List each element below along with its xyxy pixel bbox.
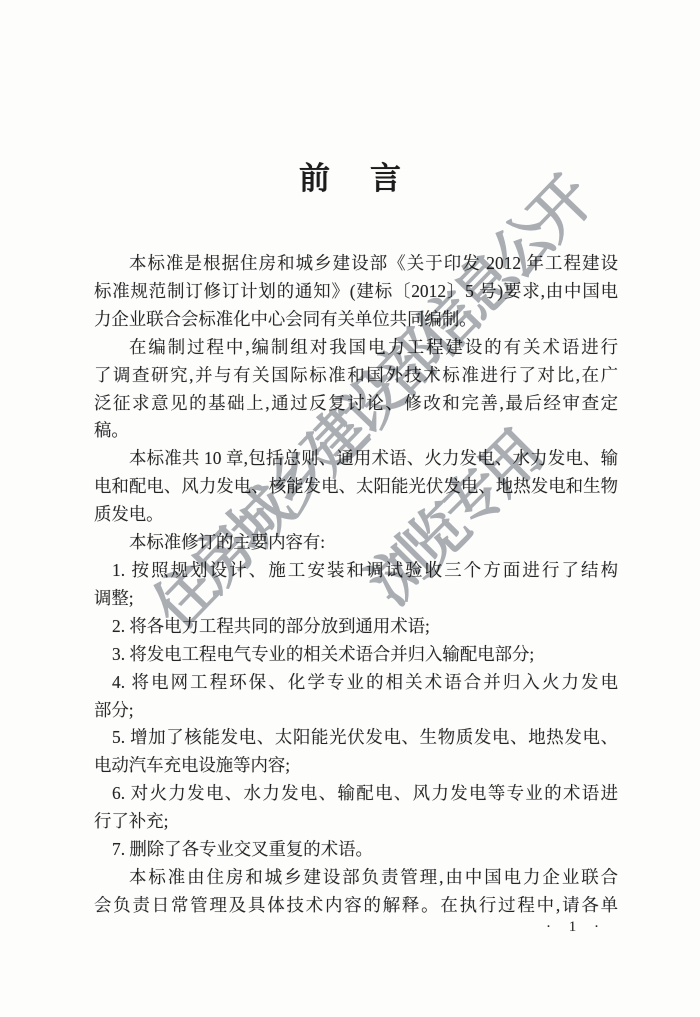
document-page: 前言 本标准是根据住房和城乡建设部《关于印发 2012 年工程建设标准规范制订修… bbox=[0, 0, 700, 1017]
text-line: 在编制过程中,编制组对我国电力工程建设的有关术语进行 bbox=[94, 334, 618, 362]
text-line: 了调查研究,并与有关国际标准和国外技术标准进行了对比,在广 bbox=[94, 362, 618, 390]
text-line: 5. 增加了核能发电、太阳能光伏发电、生物质发电、地热发电、 bbox=[94, 724, 618, 752]
text-line: 7. 删除了各专业交叉重复的术语。 bbox=[94, 836, 618, 864]
text-line: 稿。 bbox=[94, 417, 618, 445]
text-line: 本标准修订的主要内容有: bbox=[94, 529, 618, 557]
text-line: 泛征求意见的基础上,通过反复讨论、修改和完善,最后经审查定 bbox=[94, 390, 618, 418]
text-line: 标准规范制订修订计划的通知》(建标〔2012〕5 号)要求,由中国电 bbox=[94, 278, 618, 306]
text-line: 行了补充; bbox=[94, 808, 618, 836]
text-line: 6. 对火力发电、水力发电、输配电、风力发电等专业的术语进 bbox=[94, 780, 618, 808]
text-line: 2. 将各电力工程共同的部分放到通用术语; bbox=[94, 613, 618, 641]
text-line: 电和配电、风力发电、核能发电、太阳能光伏发电、地热发电和生物 bbox=[94, 473, 618, 501]
text-line: 调整; bbox=[94, 585, 618, 613]
text-line: 1. 按照规划设计、施工安装和调试验收三个方面进行了结构 bbox=[94, 557, 618, 585]
text-line: 本标准共 10 章,包括总则、通用术语、火力发电、水力发电、输 bbox=[94, 445, 618, 473]
text-line: 电动汽车充电设施等内容; bbox=[94, 752, 618, 780]
page-number: · 1 · bbox=[546, 919, 606, 936]
body-lines: 本标准是根据住房和城乡建设部《关于印发 2012 年工程建设标准规范制订修订计划… bbox=[94, 250, 618, 920]
text-line: 本标准是根据住房和城乡建设部《关于印发 2012 年工程建设 bbox=[94, 250, 618, 278]
text-line: 4. 将电网工程环保、化学专业的相关术语合并归入火力发电 bbox=[94, 669, 618, 697]
text-line: 本标准由住房和城乡建设部负责管理,由中国电力企业联合 bbox=[94, 864, 618, 892]
text-line: 会负责日常管理及具体技术内容的解释。在执行过程中,请各单 bbox=[94, 892, 618, 920]
page-title: 前言 bbox=[0, 153, 700, 198]
text-line: 力企业联合会标准化中心会同有关单位共同编制。 bbox=[94, 306, 618, 334]
text-line: 3. 将发电工程电气专业的相关术语合并归入输配电部分; bbox=[94, 641, 618, 669]
text-line: 质发电。 bbox=[94, 501, 618, 529]
text-line: 部分; bbox=[94, 697, 618, 725]
